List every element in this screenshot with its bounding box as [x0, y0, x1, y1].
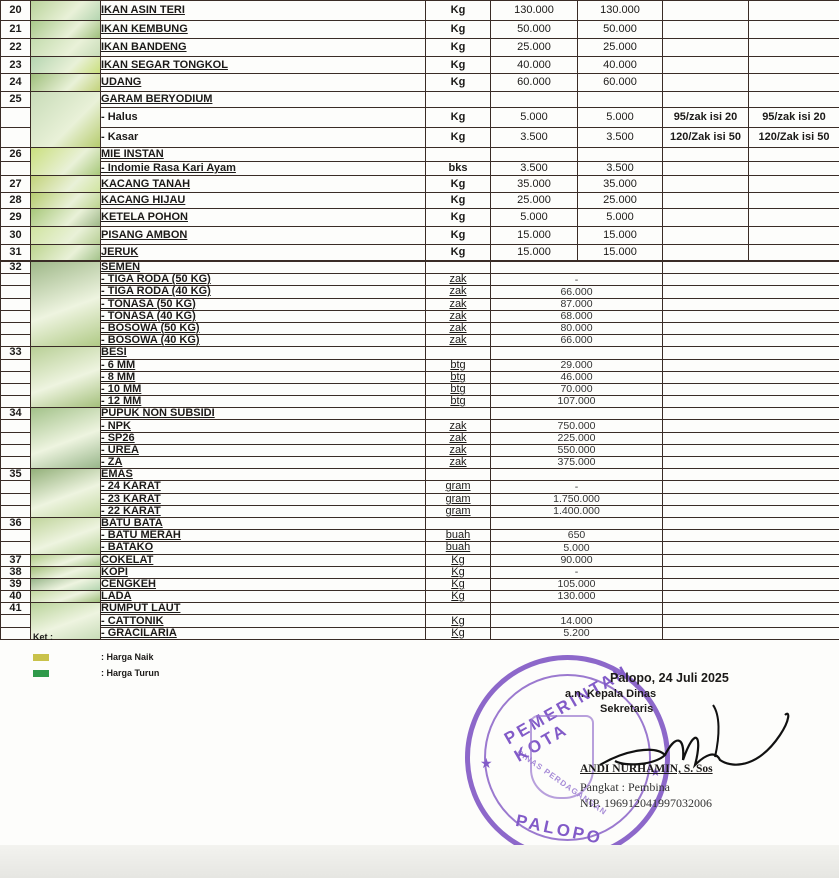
- note-previous: [663, 57, 749, 74]
- fertilizer-icon: [31, 408, 101, 469]
- price-current: 3.500: [578, 162, 663, 176]
- item-unit: Kg: [426, 627, 491, 639]
- row-number: 29: [1, 209, 31, 227]
- item-unit: Kg: [426, 554, 491, 566]
- row-number: 38: [1, 566, 31, 578]
- price-previous: 50.000: [491, 21, 578, 39]
- item-unit: btg: [426, 396, 491, 408]
- row-number: 36: [1, 517, 31, 529]
- table-row: - KasarKg3.5003.500120/Zak isi 50120/Zak…: [1, 128, 839, 148]
- item-name: JERUK: [101, 245, 426, 261]
- item-name: BESI: [101, 347, 426, 359]
- table-row: 38KOPIKg-: [1, 566, 839, 578]
- item-price: [491, 469, 663, 481]
- item-name: PISANG AMBON: [101, 227, 426, 245]
- item-price: 5.000: [491, 542, 663, 554]
- note-previous: [663, 227, 749, 245]
- item-price: [491, 603, 663, 615]
- item-price: -: [491, 274, 663, 286]
- item-price: [491, 347, 663, 359]
- table-row: 26MIE INSTAN: [1, 148, 839, 162]
- note-current: [749, 148, 839, 162]
- item-unit: Kg: [426, 245, 491, 261]
- row-number: [1, 530, 31, 542]
- item-price: 87.000: [491, 298, 663, 310]
- signatory-rank: Pangkat : Pembina: [580, 780, 670, 795]
- coffee-icon: [31, 566, 101, 578]
- table-row: - 8 MMbtg46.000: [1, 371, 839, 383]
- row-number: 37: [1, 554, 31, 566]
- item-note: [663, 432, 839, 444]
- price-current: [578, 148, 663, 162]
- row-number: [1, 627, 31, 639]
- item-unit: Kg: [426, 57, 491, 74]
- price-table-top: 20IKAN ASIN TERIKg130.000130.00021IKAN K…: [0, 0, 839, 261]
- item-price: 68.000: [491, 310, 663, 322]
- item-note: [663, 396, 839, 408]
- item-price: 14.000: [491, 615, 663, 627]
- item-price: 107.000: [491, 396, 663, 408]
- item-unit: [426, 408, 491, 420]
- item-unit: bks: [426, 162, 491, 176]
- item-name: KETELA POHON: [101, 209, 426, 227]
- table-row: - TONASA (40 KG)zak68.000: [1, 310, 839, 322]
- table-row: - 6 MMbtg29.000: [1, 359, 839, 371]
- item-note: [663, 420, 839, 432]
- item-unit: [426, 92, 491, 108]
- item-name: MIE INSTAN: [101, 148, 426, 162]
- price-current: 60.000: [578, 74, 663, 92]
- item-name: UDANG: [101, 74, 426, 92]
- table-row: - 12 MMbtg107.000: [1, 396, 839, 408]
- mung-bean-icon: [31, 193, 101, 209]
- signatory-nip: NIP. 196912041997032006: [580, 796, 712, 811]
- item-name: IKAN SEGAR TONGKOL: [101, 57, 426, 74]
- signatory-name: ANDI NURHAMIN, S. Sos: [580, 763, 713, 775]
- item-unit: [426, 469, 491, 481]
- item-name: - CATTONIK: [101, 615, 426, 627]
- row-number: [1, 432, 31, 444]
- row-number: [1, 371, 31, 383]
- note-previous: [663, 176, 749, 193]
- note-previous: [663, 1, 749, 21]
- price-previous: [491, 92, 578, 108]
- item-note: [663, 566, 839, 578]
- price-current: 15.000: [578, 227, 663, 245]
- price-down-swatch-icon: [33, 670, 49, 677]
- item-unit: zak: [426, 444, 491, 456]
- table-row: - NPKzak750.000: [1, 420, 839, 432]
- note-current: [749, 176, 839, 193]
- price-current: 40.000: [578, 57, 663, 74]
- note-current: [749, 57, 839, 74]
- item-name: - BATU MERAH: [101, 530, 426, 542]
- table-row: - 24 KARATgram-: [1, 481, 839, 493]
- note-previous: [663, 148, 749, 162]
- item-name: EMAS: [101, 469, 426, 481]
- table-row: - TIGA RODA (50 KG)zak-: [1, 274, 839, 286]
- item-note: [663, 517, 839, 529]
- table-row: 28KACANG HIJAUKg25.00025.000: [1, 193, 839, 209]
- item-note: [663, 542, 839, 554]
- item-unit: gram: [426, 481, 491, 493]
- row-number: 27: [1, 176, 31, 193]
- note-previous: [663, 21, 749, 39]
- row-number: [1, 505, 31, 517]
- item-price: 90.000: [491, 554, 663, 566]
- row-number: 33: [1, 347, 31, 359]
- row-number: 24: [1, 74, 31, 92]
- note-current: 95/zak isi 20: [749, 108, 839, 128]
- item-note: [663, 469, 839, 481]
- price-current: 50.000: [578, 21, 663, 39]
- item-unit: btg: [426, 371, 491, 383]
- price-previous: 15.000: [491, 227, 578, 245]
- row-number: [1, 359, 31, 371]
- table-row: 37COKELATKg90.000: [1, 554, 839, 566]
- item-unit: buah: [426, 542, 491, 554]
- page-edge: [0, 845, 839, 878]
- row-number: [1, 108, 31, 128]
- item-unit: Kg: [426, 39, 491, 57]
- table-row: 24UDANGKg60.00060.000: [1, 74, 839, 92]
- item-unit: [426, 347, 491, 359]
- price-previous: 35.000: [491, 176, 578, 193]
- item-price: 375.000: [491, 457, 663, 469]
- table-row: - Indomie Rasa Kari Ayambks3.5003.500: [1, 162, 839, 176]
- signature-block: PEMERINTAH KOTA PALOPO DINAS PERDAGANGAN…: [465, 645, 825, 875]
- row-number: [1, 615, 31, 627]
- price-previous: 15.000: [491, 245, 578, 261]
- item-price: 105.000: [491, 578, 663, 590]
- item-unit: btg: [426, 383, 491, 395]
- item-name: IKAN ASIN TERI: [101, 1, 426, 21]
- item-name: - Kasar: [101, 128, 426, 148]
- row-number: 30: [1, 227, 31, 245]
- item-name: - SP26: [101, 432, 426, 444]
- row-number: 22: [1, 39, 31, 57]
- item-note: [663, 262, 839, 274]
- price-list-sheet: 20IKAN ASIN TERIKg130.000130.00021IKAN K…: [0, 0, 839, 640]
- table-row: - HalusKg5.0005.00095/zak isi 2095/zak i…: [1, 108, 839, 128]
- price-previous: 5.000: [491, 209, 578, 227]
- price-previous: 40.000: [491, 57, 578, 74]
- item-name: - BOSOWA (50 KG): [101, 322, 426, 334]
- table-row: 41RUMPUT LAUT: [1, 603, 839, 615]
- item-name: - 24 KARAT: [101, 481, 426, 493]
- gold-icon: [31, 469, 101, 518]
- table-row: - 22 KARATgram1.400.000: [1, 505, 839, 517]
- item-name: - 10 MM: [101, 383, 426, 395]
- item-name: PUPUK NON SUBSIDI: [101, 408, 426, 420]
- note-current: [749, 227, 839, 245]
- table-row: 21IKAN KEMBUNGKg50.00050.000: [1, 21, 839, 39]
- item-price: 5.200: [491, 627, 663, 639]
- item-name: - TIGA RODA (50 KG): [101, 274, 426, 286]
- item-note: [663, 615, 839, 627]
- price-current: 5.000: [578, 209, 663, 227]
- item-price: 130.000: [491, 591, 663, 603]
- item-unit: Kg: [426, 209, 491, 227]
- cocoa-icon: [31, 554, 101, 566]
- item-unit: Kg: [426, 21, 491, 39]
- table-row: 29KETELA POHONKg5.0005.000: [1, 209, 839, 227]
- iron-rod-icon: [31, 347, 101, 408]
- item-note: [663, 505, 839, 517]
- item-unit: zak: [426, 298, 491, 310]
- cassava-icon: [31, 209, 101, 227]
- pepper-icon: [31, 591, 101, 603]
- item-name: - UREA: [101, 444, 426, 456]
- item-note: [663, 578, 839, 590]
- legend-title: Ket :: [33, 632, 159, 642]
- row-number: [1, 335, 31, 347]
- price-previous: 130.000: [491, 1, 578, 21]
- item-unit: zak: [426, 322, 491, 334]
- item-price: [491, 408, 663, 420]
- row-number: [1, 383, 31, 395]
- table-row: - SP26zak225.000: [1, 432, 839, 444]
- table-row: 31JERUKKg15.00015.000: [1, 245, 839, 261]
- table-row: - UREAzak550.000: [1, 444, 839, 456]
- item-note: [663, 481, 839, 493]
- row-number: [1, 493, 31, 505]
- item-price: 225.000: [491, 432, 663, 444]
- table-row: - TIGA RODA (40 KG)zak66.000: [1, 286, 839, 298]
- item-name: GARAM BERYODIUM: [101, 92, 426, 108]
- note-current: [749, 193, 839, 209]
- item-note: [663, 627, 839, 639]
- price-current: 25.000: [578, 39, 663, 57]
- table-row: - 10 MMbtg70.000: [1, 383, 839, 395]
- item-unit: Kg: [426, 176, 491, 193]
- row-number: [1, 481, 31, 493]
- price-previous: [491, 148, 578, 162]
- price-previous: 3.500: [491, 162, 578, 176]
- item-name: - 8 MM: [101, 371, 426, 383]
- item-note: [663, 371, 839, 383]
- table-row: 35EMAS: [1, 469, 839, 481]
- table-row: - TONASA (50 KG)zak87.000: [1, 298, 839, 310]
- legend-item-price-down: : Harga Turun: [33, 666, 159, 680]
- item-note: [663, 310, 839, 322]
- row-number: 26: [1, 148, 31, 162]
- item-name: - TONASA (50 KG): [101, 298, 426, 310]
- item-unit: Kg: [426, 1, 491, 21]
- item-unit: gram: [426, 505, 491, 517]
- note-previous: [663, 162, 749, 176]
- price-current: 5.000: [578, 108, 663, 128]
- item-note: [663, 530, 839, 542]
- table-row: 25GARAM BERYODIUM: [1, 92, 839, 108]
- note-current: [749, 39, 839, 57]
- note-previous: 120/Zak isi 50: [663, 128, 749, 148]
- item-name: - ZA: [101, 457, 426, 469]
- item-name: - BOSOWA (40 KG): [101, 335, 426, 347]
- table-row: 23IKAN SEGAR TONGKOLKg40.00040.000: [1, 57, 839, 74]
- item-price: [491, 262, 663, 274]
- table-row: 34PUPUK NON SUBSIDI: [1, 408, 839, 420]
- tuna-icon: [31, 57, 101, 74]
- item-unit: Kg: [426, 591, 491, 603]
- salt-icon: [31, 92, 101, 148]
- item-unit: Kg: [426, 578, 491, 590]
- item-name: KACANG TANAH: [101, 176, 426, 193]
- item-name: KOPI: [101, 566, 426, 578]
- item-name: CENGKEH: [101, 578, 426, 590]
- clove-icon: [31, 578, 101, 590]
- table-row: 27KACANG TANAHKg35.00035.000: [1, 176, 839, 193]
- note-current: [749, 162, 839, 176]
- item-unit: zak: [426, 457, 491, 469]
- item-note: [663, 383, 839, 395]
- row-number: [1, 286, 31, 298]
- row-number: 25: [1, 92, 31, 108]
- table-row: - BOSOWA (40 KG)zak66.000: [1, 335, 839, 347]
- item-name: - NPK: [101, 420, 426, 432]
- item-note: [663, 274, 839, 286]
- row-number: 20: [1, 1, 31, 21]
- row-number: 34: [1, 408, 31, 420]
- table-row: - CATTONIKKg14.000: [1, 615, 839, 627]
- item-name: - BATAKO: [101, 542, 426, 554]
- table-row: 32SEMEN: [1, 262, 839, 274]
- table-row: - BATAKObuah5.000: [1, 542, 839, 554]
- item-name: - 22 KARAT: [101, 505, 426, 517]
- item-name: IKAN KEMBUNG: [101, 21, 426, 39]
- item-name: BATU BATA: [101, 517, 426, 529]
- note-current: [749, 1, 839, 21]
- item-unit: zak: [426, 286, 491, 298]
- table-row: - BATU MERAHbuah650: [1, 530, 839, 542]
- item-price: -: [491, 481, 663, 493]
- table-row: - BOSOWA (50 KG)zak80.000: [1, 322, 839, 334]
- item-name: - TONASA (40 KG): [101, 310, 426, 322]
- row-number: 35: [1, 469, 31, 481]
- item-name: - 12 MM: [101, 396, 426, 408]
- item-note: [663, 347, 839, 359]
- price-current: 15.000: [578, 245, 663, 261]
- row-number: 39: [1, 578, 31, 590]
- item-price: 750.000: [491, 420, 663, 432]
- item-unit: zak: [426, 274, 491, 286]
- item-unit: buah: [426, 530, 491, 542]
- item-name: RUMPUT LAUT: [101, 603, 426, 615]
- row-number: [1, 298, 31, 310]
- peanut-icon: [31, 176, 101, 193]
- item-note: [663, 554, 839, 566]
- item-name: COKELAT: [101, 554, 426, 566]
- item-price: 650: [491, 530, 663, 542]
- note-current: [749, 209, 839, 227]
- item-name: KACANG HIJAU: [101, 193, 426, 209]
- item-price: 46.000: [491, 371, 663, 383]
- legend: Ket : : Harga Naik : Harga Turun: [33, 632, 159, 680]
- item-note: [663, 408, 839, 420]
- item-note: [663, 322, 839, 334]
- price-current: 35.000: [578, 176, 663, 193]
- price-previous: 25.000: [491, 39, 578, 57]
- item-name: IKAN BANDENG: [101, 39, 426, 57]
- item-price: 80.000: [491, 322, 663, 334]
- item-price: 1.400.000: [491, 505, 663, 517]
- star-icon: ★: [480, 755, 493, 772]
- instant-noodle-icon: [31, 148, 101, 176]
- item-note: [663, 603, 839, 615]
- price-table-bottom: 32SEMEN- TIGA RODA (50 KG)zak-- TIGA ROD…: [0, 261, 839, 640]
- price-current: 3.500: [578, 128, 663, 148]
- row-number: [1, 457, 31, 469]
- price-current: 25.000: [578, 193, 663, 209]
- item-name: LADA: [101, 591, 426, 603]
- item-note: [663, 335, 839, 347]
- table-row: 40LADAKg130.000: [1, 591, 839, 603]
- item-unit: Kg: [426, 227, 491, 245]
- row-number: [1, 162, 31, 176]
- table-row: 39CENGKEHKg105.000: [1, 578, 839, 590]
- place-date: Palopo, 24 Juli 2025: [610, 671, 729, 685]
- item-note: [663, 444, 839, 456]
- row-number: [1, 310, 31, 322]
- mackerel-icon: [31, 21, 101, 39]
- item-unit: Kg: [426, 74, 491, 92]
- legend-item-price-up: : Harga Naik: [33, 650, 159, 664]
- item-note: [663, 591, 839, 603]
- item-price: 66.000: [491, 335, 663, 347]
- item-price: 550.000: [491, 444, 663, 456]
- item-note: [663, 359, 839, 371]
- row-number: [1, 396, 31, 408]
- table-row: - ZAzak375.000: [1, 457, 839, 469]
- note-current: [749, 92, 839, 108]
- item-unit: Kg: [426, 566, 491, 578]
- price-previous: 5.000: [491, 108, 578, 128]
- note-current: 120/Zak isi 50: [749, 128, 839, 148]
- note-current: [749, 21, 839, 39]
- item-unit: btg: [426, 359, 491, 371]
- item-price: 70.000: [491, 383, 663, 395]
- item-price: 66.000: [491, 286, 663, 298]
- item-unit: Kg: [426, 128, 491, 148]
- item-name: - Halus: [101, 108, 426, 128]
- item-unit: gram: [426, 493, 491, 505]
- item-name: - 6 MM: [101, 359, 426, 371]
- price-previous: 60.000: [491, 74, 578, 92]
- legend-label: : Harga Turun: [101, 668, 159, 678]
- item-unit: [426, 262, 491, 274]
- note-previous: 95/zak isi 20: [663, 108, 749, 128]
- price-current: [578, 92, 663, 108]
- item-unit: [426, 517, 491, 529]
- item-unit: zak: [426, 335, 491, 347]
- row-number: 32: [1, 262, 31, 274]
- row-number: [1, 444, 31, 456]
- item-unit: zak: [426, 420, 491, 432]
- table-row: 20IKAN ASIN TERIKg130.000130.000: [1, 1, 839, 21]
- table-row: - 23 KARATgram1.750.000: [1, 493, 839, 505]
- note-previous: [663, 39, 749, 57]
- price-previous: 3.500: [491, 128, 578, 148]
- note-current: [749, 74, 839, 92]
- item-price: 29.000: [491, 359, 663, 371]
- item-note: [663, 298, 839, 310]
- item-price: -: [491, 566, 663, 578]
- table-row: 22IKAN BANDENGKg25.00025.000: [1, 39, 839, 57]
- row-number: 31: [1, 245, 31, 261]
- brick-icon: [31, 517, 101, 554]
- item-unit: [426, 603, 491, 615]
- item-unit: Kg: [426, 108, 491, 128]
